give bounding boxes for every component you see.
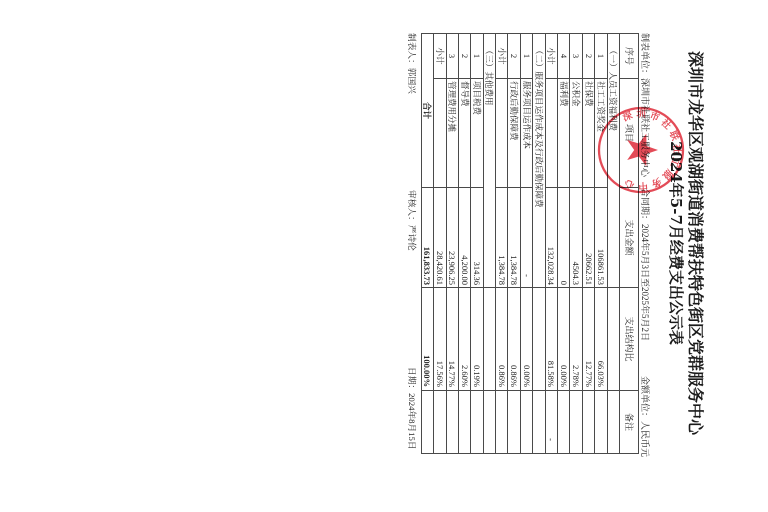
- ratio-cell: [533, 288, 545, 391]
- header-no: 序号: [620, 34, 639, 79]
- ratio: 2.78%: [570, 288, 582, 391]
- table-row: 2 社保费 20662.51 12.77%: [582, 34, 594, 454]
- section-label: （二）服务项目运作成本及行政后勤保障费: [533, 34, 545, 288]
- row-number: 2: [458, 34, 470, 79]
- note: [520, 391, 532, 454]
- table-row: 1 社工工资奖金 106861.53 66.03%: [595, 34, 607, 454]
- ratio: 0.86%: [496, 288, 508, 391]
- total-note: [421, 391, 433, 454]
- ratio: 12.77%: [582, 288, 594, 391]
- table-row: 1 服务项目运作成本 - 0.00%: [520, 34, 532, 454]
- subtotal-row: 小计 28,420.61 17.56%: [434, 34, 446, 454]
- section-row: （二）服务项目运作成本及行政后勤保障费: [533, 34, 545, 454]
- ratio: 66.03%: [595, 288, 607, 391]
- amount: -: [520, 188, 532, 288]
- amount: 20662.51: [582, 188, 594, 288]
- total-row: 合计 161,833.73 100.00%: [421, 34, 433, 454]
- table-row: 4 福利费 0 0.00%: [558, 34, 570, 454]
- section-row: （一）人员工资福利费: [607, 34, 619, 454]
- note-cell: [533, 391, 545, 454]
- amount: 106861.53: [595, 188, 607, 288]
- amount: 4504.3: [570, 188, 582, 288]
- amount: 28,420.61: [434, 188, 446, 288]
- note: [496, 391, 508, 454]
- note: [434, 391, 446, 454]
- amount: 0: [558, 188, 570, 288]
- item-name: [434, 79, 446, 188]
- note: [471, 391, 483, 454]
- subtotal-label: 小计: [496, 34, 508, 79]
- item-name: 督导费: [458, 79, 470, 188]
- ratio-cell: [607, 288, 619, 391]
- note: [570, 391, 582, 454]
- document-date: 日期：2024年8月15日: [406, 367, 417, 450]
- contract-period: 合同期：2024年5月3日至2025年5月2日: [640, 188, 650, 341]
- table-row: 2 督导费 4,200.00 2.60%: [458, 34, 470, 454]
- header-amount: 支出金额: [620, 188, 639, 288]
- note: [446, 391, 458, 454]
- item-name: [496, 79, 508, 188]
- subtotal-row: 小计 1,384.78 0.86%: [496, 34, 508, 454]
- subtotal-label: 小计: [545, 34, 557, 79]
- total-label: 合计: [421, 34, 433, 188]
- table-row: 2 行政后勤保障费 1,384.78 0.86%: [508, 34, 520, 454]
- document-subtitle: 2024年5-7月经费支出公示表: [667, 33, 685, 453]
- note: [458, 391, 470, 454]
- ratio: 17.56%: [434, 288, 446, 391]
- header-note: 备注: [620, 391, 639, 454]
- ratio: 0.19%: [471, 288, 483, 391]
- row-number: 1: [471, 34, 483, 79]
- note-cell: [483, 391, 495, 454]
- total-amount: 161,833.73: [421, 188, 433, 288]
- note: [595, 391, 607, 454]
- amount: 1,384.78: [496, 188, 508, 288]
- expense-table: 序号 项目 支出金额 支出结构比 备注 （一）人员工资福利费 1 社工工资奖金 …: [421, 33, 639, 454]
- official-seal: 深圳市社联社工服务中心: [596, 105, 686, 195]
- table-row: 1 项目税费 314.36 0.19%: [471, 34, 483, 454]
- item-name: 行政后勤保障费: [508, 79, 520, 188]
- row-number: 1: [520, 34, 532, 79]
- row-number: 2: [582, 34, 594, 79]
- amount: 314.36: [471, 188, 483, 288]
- preparer-signature: 制表人：郭国兴: [406, 33, 417, 94]
- note-cell: [607, 391, 619, 454]
- amount: 132,028.34: [545, 188, 557, 288]
- amount: 1,384.78: [508, 188, 520, 288]
- item-name: 管理费用分摊: [446, 79, 458, 188]
- ratio: 81.58%: [545, 288, 557, 391]
- item-name: 公积金: [570, 79, 582, 188]
- currency-unit: 金额单位：人民币元: [640, 376, 650, 457]
- note: [582, 391, 594, 454]
- note: [558, 391, 570, 454]
- document-title: 深圳市龙华区观湖街道消费帮扶特色街区党群服务中心: [686, 33, 704, 453]
- total-ratio: 100.00%: [421, 288, 433, 391]
- row-number: 3: [570, 34, 582, 79]
- section-label: （三）其他费用: [483, 34, 495, 288]
- ratio: 0.00%: [558, 288, 570, 391]
- note: -: [545, 391, 557, 454]
- table-row: 3 公积金 4504.3 2.78%: [570, 34, 582, 454]
- section-row: （三）其他费用: [483, 34, 495, 454]
- row-number: 3: [446, 34, 458, 79]
- ratio: 0.86%: [508, 288, 520, 391]
- row-number: 4: [558, 34, 570, 79]
- subtotal-label: 小计: [434, 34, 446, 79]
- item-name: 项目税费: [471, 79, 483, 188]
- ratio: 14.77%: [446, 288, 458, 391]
- table-row: 3 管理费用分摊 23,906.25 14.77%: [446, 34, 458, 454]
- amount: 23,906.25: [446, 188, 458, 288]
- reviewer-signature: 审核人：严诗伦: [406, 190, 417, 251]
- item-name: 社保费: [582, 79, 594, 188]
- ratio: 0.00%: [520, 288, 532, 391]
- item-name: [545, 79, 557, 188]
- item-name: 福利费: [558, 79, 570, 188]
- row-number: 1: [595, 34, 607, 79]
- rotated-document-page: 深圳市龙华区观湖街道消费帮扶特色街区党群服务中心 2024年5-7月经费支出公示…: [0, 0, 768, 512]
- ratio-cell: [483, 288, 495, 391]
- row-number: 2: [508, 34, 520, 79]
- header-ratio: 支出结构比: [620, 288, 639, 391]
- table-header-row: 序号 项目 支出金额 支出结构比 备注: [620, 34, 639, 454]
- item-name: 服务项目运作成本: [520, 79, 532, 188]
- subtotal-row: 小计 132,028.34 81.58% -: [545, 34, 557, 454]
- star-icon: [627, 134, 658, 166]
- amount: 4,200.00: [458, 188, 470, 288]
- ratio: 2.60%: [458, 288, 470, 391]
- note: [508, 391, 520, 454]
